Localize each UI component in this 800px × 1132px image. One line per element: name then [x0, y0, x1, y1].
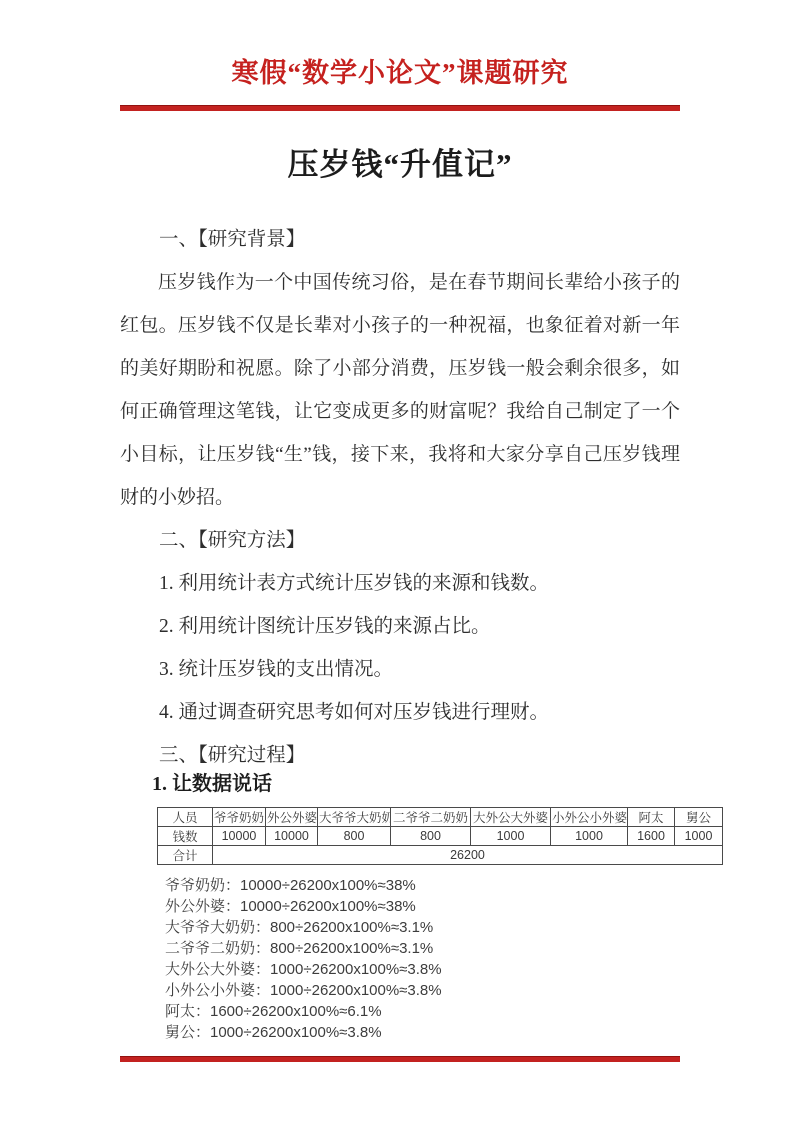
table-cell: 阿太	[628, 808, 675, 827]
calc-line: 爷爷奶奶：10000÷26200x100%≈38%	[165, 875, 680, 896]
method-item-2: 2. 利用统计图统计压岁钱的来源占比。	[120, 605, 680, 648]
bottom-divider	[120, 1056, 680, 1062]
section-heading-background: 一、【研究背景】	[120, 218, 680, 261]
table-cell: 1600	[628, 827, 675, 846]
calc-line: 外公外婆：10000÷26200x100%≈38%	[165, 896, 680, 917]
table-row-total: 合计 26200	[158, 846, 723, 865]
method-item-1: 1. 利用统计表方式统计压岁钱的来源和钱数。	[120, 562, 680, 605]
table-cell: 小外公小外婆	[551, 808, 628, 827]
calc-line: 二爷爷二奶奶：800÷26200x100%≈3.1%	[165, 938, 680, 959]
method-item-4: 4. 通过调查研究思考如何对压岁钱进行理财。	[120, 691, 680, 734]
table-cell: 1000	[675, 827, 723, 846]
table-cell: 800	[391, 827, 471, 846]
table-cell: 外公外婆	[266, 808, 318, 827]
background-paragraph: 压岁钱作为一个中国传统习俗，是在春节期间长辈给小孩子的红包。压岁钱不仅是长辈对小…	[120, 261, 680, 519]
calc-line: 大爷爷大奶奶：800÷26200x100%≈3.1%	[165, 917, 680, 938]
document-page: 寒假“数学小论文”课题研究 压岁钱“升值记” 一、【研究背景】 压岁钱作为一个中…	[0, 0, 800, 1132]
table-cell: 舅公	[675, 808, 723, 827]
calc-line: 小外公小外婆：1000÷26200x100%≈3.8%	[165, 980, 680, 1001]
document-body: 一、【研究背景】 压岁钱作为一个中国传统习俗，是在春节期间长辈给小孩子的红包。压…	[120, 218, 680, 1043]
lucky-money-table: 人员 爷爷奶奶 外公外婆 大爷爷大奶奶 二爷爷二奶奶 大外公大外婆 小外公小外婆…	[157, 807, 723, 865]
top-divider	[120, 105, 680, 111]
banner-title: 寒假“数学小论文”课题研究	[0, 0, 800, 90]
total-value-cell: 26200	[213, 846, 723, 865]
table-cell: 10000	[213, 827, 266, 846]
calc-line: 大外公大外婆：1000÷26200x100%≈3.8%	[165, 959, 680, 980]
table-cell: 800	[318, 827, 391, 846]
document-title: 压岁钱“升值记”	[0, 144, 800, 186]
calc-line: 阿太：1600÷26200x100%≈6.1%	[165, 1001, 680, 1022]
percentage-calculations: 爷爷奶奶：10000÷26200x100%≈38% 外公外婆：10000÷262…	[165, 875, 680, 1043]
table-cell: 人员	[158, 808, 213, 827]
table-cell: 爷爷奶奶	[213, 808, 266, 827]
table-cell: 1000	[551, 827, 628, 846]
table-cell: 大外公大外婆	[471, 808, 551, 827]
calc-line: 舅公：1000÷26200x100%≈3.8%	[165, 1022, 680, 1043]
table-cell: 1000	[471, 827, 551, 846]
table-row-amounts: 钱数 10000 10000 800 800 1000 1000 1600 10…	[158, 827, 723, 846]
table-row-people: 人员 爷爷奶奶 外公外婆 大爷爷大奶奶 二爷爷二奶奶 大外公大外婆 小外公小外婆…	[158, 808, 723, 827]
table-cell: 10000	[266, 827, 318, 846]
total-label-cell: 合计	[158, 846, 213, 865]
section-heading-methods: 二、【研究方法】	[120, 519, 680, 562]
table-cell: 大爷爷大奶奶	[318, 808, 391, 827]
subheading-data-speaks: 1. 让数据说话	[152, 771, 680, 797]
table-cell: 钱数	[158, 827, 213, 846]
method-item-3: 3. 统计压岁钱的支出情况。	[120, 648, 680, 691]
table-cell: 二爷爷二奶奶	[391, 808, 471, 827]
